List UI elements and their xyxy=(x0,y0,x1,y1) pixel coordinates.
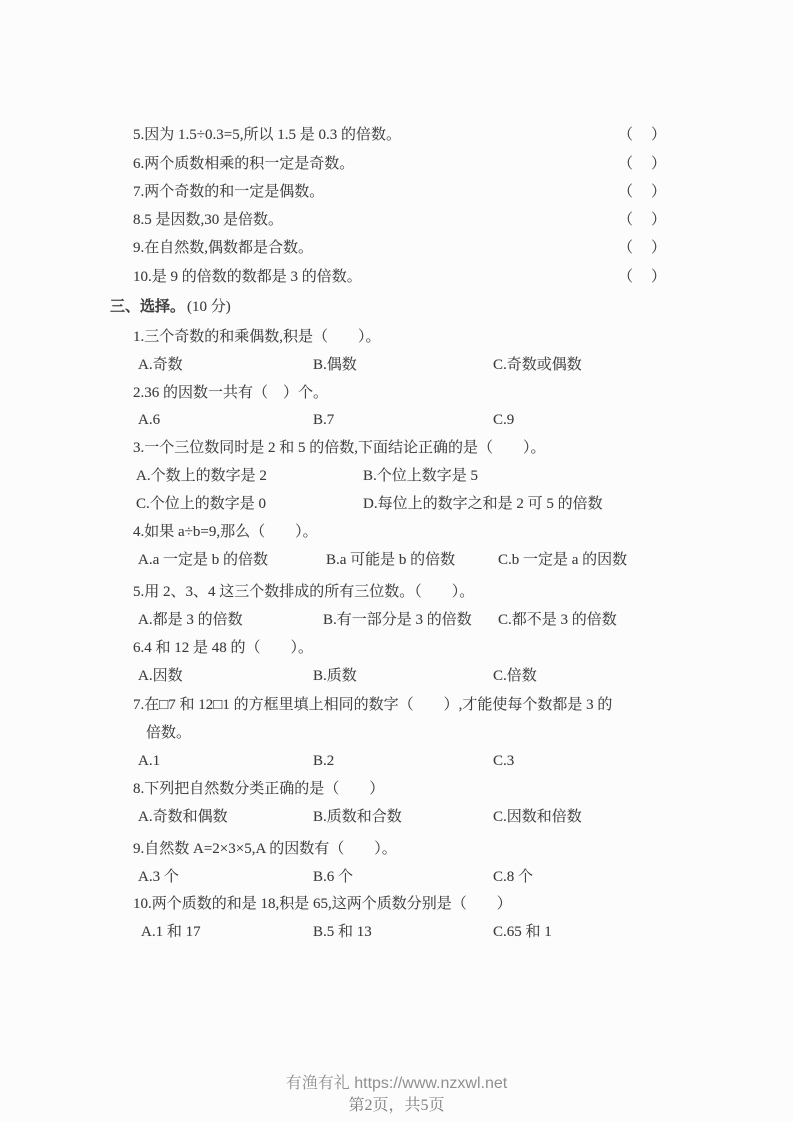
options-row: A.个数上的数字是 2 B.个位上数字是 5 xyxy=(0,465,793,487)
option-a: A.6 xyxy=(138,409,160,431)
tf-answer-parens: （） xyxy=(618,124,666,146)
question-stem: 3.一个三位数同时是 2 和 5 的倍数,下面结论正确的是（ ）。 xyxy=(133,437,546,459)
tf-row: 6.两个质数相乘的积一定是奇数。 （） xyxy=(0,153,793,175)
question-stem: 7.在□7 和 12□1 的方框里填上相同的数字（ ）,才能使每个数都是 3 的 xyxy=(133,694,612,716)
option-b: B.a 可能是 b 的倍数 xyxy=(326,549,455,571)
option-b: B.7 xyxy=(313,409,334,431)
tf-question: 8.5 是因数,30 是倍数。 xyxy=(133,209,283,231)
option-c: C.奇数或偶数 xyxy=(493,354,582,376)
tf-answer-parens: （） xyxy=(618,237,666,259)
options-row: A.1 B.2 C.3 xyxy=(0,750,793,772)
options-row: A.奇数 B.偶数 C.奇数或偶数 xyxy=(0,354,793,376)
question-row: 5.用 2、3、4 这三个数排成的所有三位数。（ ）。 xyxy=(0,581,793,603)
question-stem: 8.下列把自然数分类正确的是（ ） xyxy=(133,778,384,800)
options-row: A.a 一定是 b 的倍数 B.a 可能是 b 的倍数 C.b 一定是 a 的因… xyxy=(0,549,793,571)
paren-open: （ xyxy=(618,124,633,146)
option-c: C.个位上的数字是 0 xyxy=(136,493,266,515)
options-row: A.都是 3 的倍数 B.有一部分是 3 的倍数 C.都不是 3 的倍数 xyxy=(0,609,793,631)
tf-question: 7.两个奇数的和一定是偶数。 xyxy=(133,181,324,203)
tf-answer-parens: （） xyxy=(618,153,666,175)
options-row: A.奇数和偶数 B.质数和合数 C.因数和倍数 xyxy=(0,806,793,828)
option-c: C.倍数 xyxy=(493,665,537,687)
paren-open: （ xyxy=(618,153,633,175)
section-heading-title: 三、选择。 xyxy=(110,299,185,315)
paren-close: ） xyxy=(651,181,666,203)
paren-close: ） xyxy=(651,209,666,231)
question-row: 7.在□7 和 12□1 的方框里填上相同的数字（ ）,才能使每个数都是 3 的 xyxy=(0,694,793,716)
option-a: A.因数 xyxy=(138,665,183,687)
tf-row: 9.在自然数,偶数都是合数。 （） xyxy=(0,237,793,259)
option-c: C.65 和 1 xyxy=(493,921,552,943)
option-a: A.都是 3 的倍数 xyxy=(138,609,243,631)
option-a: A.个数上的数字是 2 xyxy=(136,465,267,487)
option-b: B.质数 xyxy=(313,665,357,687)
option-b: B.质数和合数 xyxy=(313,806,402,828)
option-c: C.b 一定是 a 的因数 xyxy=(498,549,627,571)
question-stem: 4.如果 a÷b=9,那么（ ）。 xyxy=(133,521,318,543)
question-stem: 2.36 的因数一共有（ ）个。 xyxy=(133,382,328,404)
options-row: A.1 和 17 B.5 和 13 C.65 和 1 xyxy=(0,921,793,943)
paren-open: （ xyxy=(618,181,633,203)
option-c: C.3 xyxy=(493,750,514,772)
question-row: 8.下列把自然数分类正确的是（ ） xyxy=(0,778,793,800)
tf-question: 6.两个质数相乘的积一定是奇数。 xyxy=(133,153,354,175)
question-row: 6.4 和 12 是 48 的（ ）。 xyxy=(0,637,793,659)
tf-answer-parens: （） xyxy=(618,181,666,203)
paren-open: （ xyxy=(618,209,633,231)
option-b: B.5 和 13 xyxy=(313,921,372,943)
option-a: A.1 和 17 xyxy=(141,921,201,943)
section-heading: 三、选择。(10 分) xyxy=(110,296,793,318)
paren-close: ） xyxy=(651,237,666,259)
option-a: A.奇数和偶数 xyxy=(138,806,228,828)
option-b: B.6 个 xyxy=(313,866,353,888)
footer-site-link: 有渔有礼 https://www.nzxwl.net xyxy=(0,1070,793,1093)
option-d: D.每位上的数字之和是 2 可 5 的倍数 xyxy=(363,493,603,515)
option-c: C.都不是 3 的倍数 xyxy=(498,609,617,631)
option-c: C.9 xyxy=(493,409,514,431)
options-row: C.个位上的数字是 0 D.每位上的数字之和是 2 可 5 的倍数 xyxy=(0,493,793,515)
option-b: B.2 xyxy=(313,750,334,772)
tf-row: 5.因为 1.5÷0.3=5,所以 1.5 是 0.3 的倍数。 （） xyxy=(0,124,793,146)
tf-question: 9.在自然数,偶数都是合数。 xyxy=(133,237,313,259)
paren-open: （ xyxy=(618,237,633,259)
options-row: A.因数 B.质数 C.倍数 xyxy=(0,665,793,687)
option-a: A.a 一定是 b 的倍数 xyxy=(138,549,268,571)
option-c: C.8 个 xyxy=(493,866,533,888)
question-stem: 5.用 2、3、4 这三个数排成的所有三位数。（ ）。 xyxy=(133,581,474,603)
paren-close: ） xyxy=(651,153,666,175)
question-row: 10.两个质数的和是 18,积是 65,这两个质数分别是（ ） xyxy=(0,893,793,915)
tf-row: 10.是 9 的倍数的数都是 3 的倍数。 （） xyxy=(0,266,793,288)
question-stem: 9.自然数 A=2×3×5,A 的因数有（ ）。 xyxy=(133,838,397,860)
tf-row: 7.两个奇数的和一定是偶数。 （） xyxy=(0,181,793,203)
question-row: 4.如果 a÷b=9,那么（ ）。 xyxy=(0,521,793,543)
question-stem: 1.三个奇数的和乘偶数,积是（ ）。 xyxy=(133,326,381,348)
question-row-continuation: 倍数。 xyxy=(0,722,793,744)
option-a: A.奇数 xyxy=(138,354,183,376)
section-heading-score: (10 分) xyxy=(187,299,231,315)
options-row: A.3 个 B.6 个 C.8 个 xyxy=(0,866,793,888)
paren-close: ） xyxy=(651,124,666,146)
tf-question: 5.因为 1.5÷0.3=5,所以 1.5 是 0.3 的倍数。 xyxy=(133,124,401,146)
tf-answer-parens: （） xyxy=(618,266,666,288)
option-b: B.个位上数字是 5 xyxy=(363,465,478,487)
tf-answer-parens: （） xyxy=(618,209,666,231)
question-stem: 6.4 和 12 是 48 的（ ）。 xyxy=(133,637,313,659)
option-b: B.有一部分是 3 的倍数 xyxy=(323,609,472,631)
tf-question: 10.是 9 的倍数的数都是 3 的倍数。 xyxy=(133,266,362,288)
option-c: C.因数和倍数 xyxy=(493,806,582,828)
test-paper-page: 5.因为 1.5÷0.3=5,所以 1.5 是 0.3 的倍数。 （） 6.两个… xyxy=(0,0,793,1122)
question-stem-continuation: 倍数。 xyxy=(146,722,191,744)
options-row: A.6 B.7 C.9 xyxy=(0,409,793,431)
option-a: A.3 个 xyxy=(138,866,179,888)
footer-page-number: 第2页，共5页 xyxy=(0,1092,793,1115)
option-a: A.1 xyxy=(138,750,160,772)
question-row: 1.三个奇数的和乘偶数,积是（ ）。 xyxy=(0,326,793,348)
question-row: 9.自然数 A=2×3×5,A 的因数有（ ）。 xyxy=(0,838,793,860)
paren-open: （ xyxy=(618,266,633,288)
paren-close: ） xyxy=(651,266,666,288)
question-row: 3.一个三位数同时是 2 和 5 的倍数,下面结论正确的是（ ）。 xyxy=(0,437,793,459)
question-row: 2.36 的因数一共有（ ）个。 xyxy=(0,382,793,404)
option-b: B.偶数 xyxy=(313,354,357,376)
tf-row: 8.5 是因数,30 是倍数。 （） xyxy=(0,209,793,231)
question-stem: 10.两个质数的和是 18,积是 65,这两个质数分别是（ ） xyxy=(133,893,512,915)
